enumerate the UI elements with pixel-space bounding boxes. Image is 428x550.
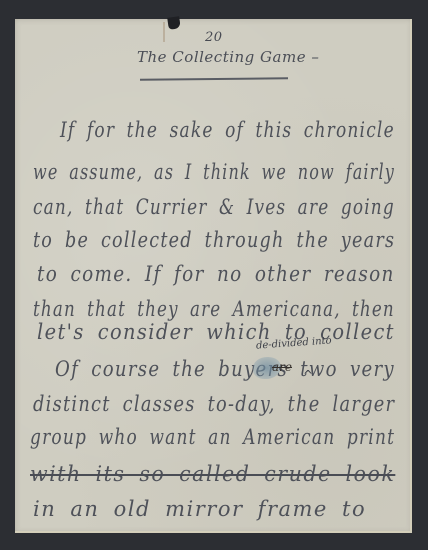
manuscript-line: Of course the buyers two very [55,357,395,381]
manuscript-line: to be collected through the years [33,228,395,252]
page-number: 20 [205,30,223,45]
insertion-caret: ^ [303,368,313,382]
page-title: The Collecting Game – [137,48,319,66]
paper-stain [163,22,165,42]
manuscript-line: distinct classes to-day, the larger [33,392,395,416]
document-viewer: 20 The Collecting Game – If for the sake… [0,0,428,550]
manuscript-line: than that they are Americana, then [33,297,395,321]
manuscript-line: we assume, as I think we now fairly [33,160,395,184]
manuscript-line: let's consider which to collect [37,320,395,344]
manuscript-line: to come. If for no other reason [37,262,395,286]
manuscript-line: group who want an American print [30,425,395,449]
manuscript-line: can, that Currier & Ives are going [33,195,395,219]
struck-through-line: with its so called crude look [30,462,395,486]
manuscript-line: in an old mirror frame to [33,497,366,521]
manuscript-line: If for the sake of this chronicle [60,118,395,142]
deleted-word: are [272,360,292,374]
